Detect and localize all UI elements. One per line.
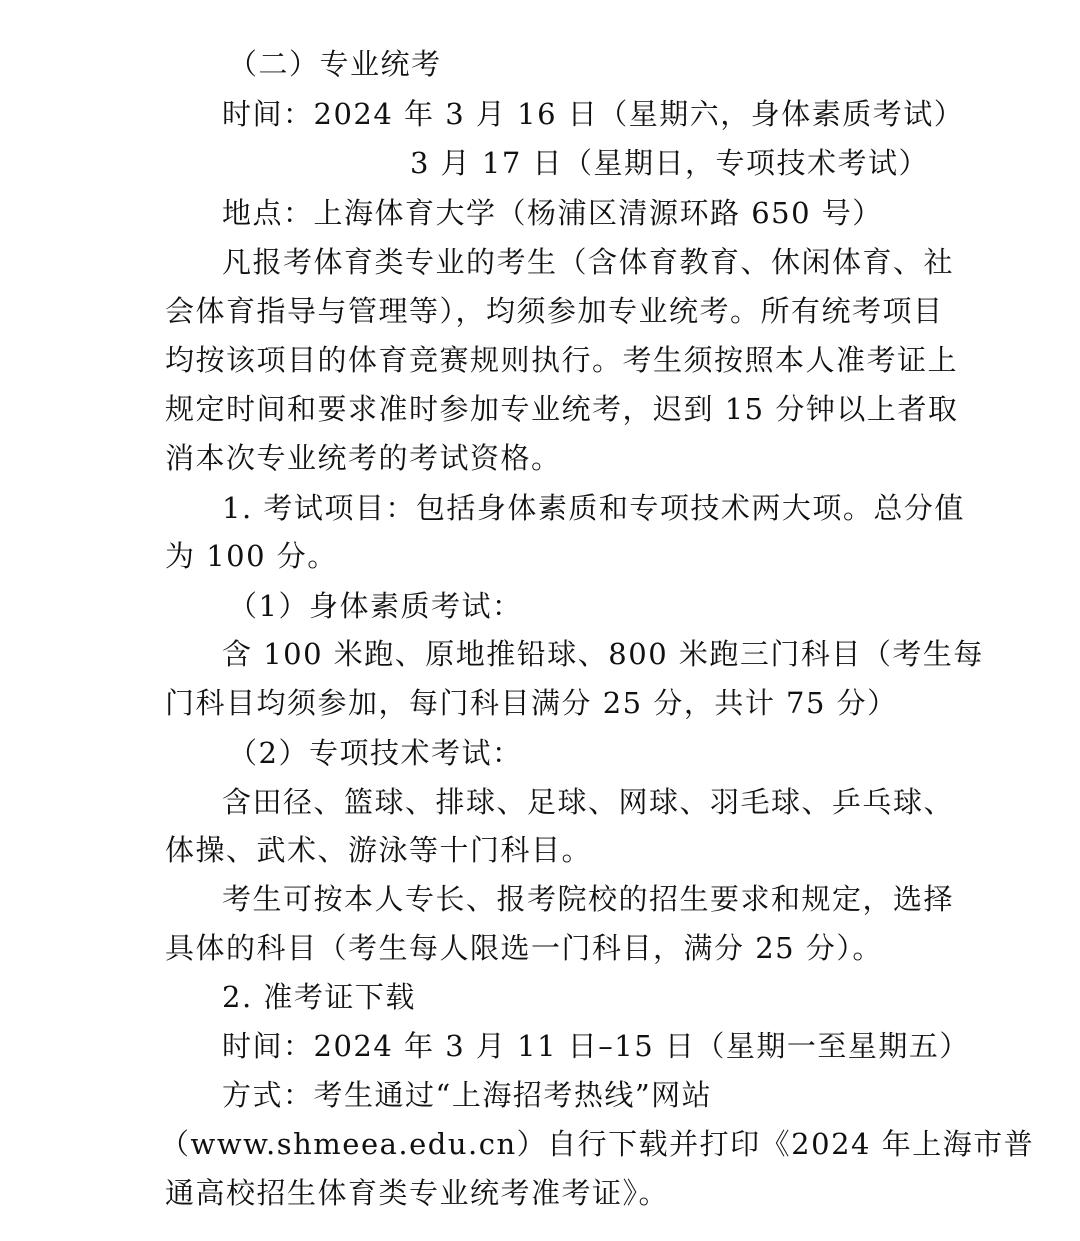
item2-heading: 2. 准考证下载: [222, 977, 982, 1017]
item2-method-line: 方式：考生通过“上海招考热线”网站: [222, 1075, 982, 1115]
intro-paragraph-line: 消本次专业统考的考试资格。: [165, 438, 925, 478]
intro-paragraph-line: 均按该项目的体育竞赛规则执行。考生须按照本人准考证上: [165, 340, 925, 380]
section-heading: （二）专业统考: [228, 44, 988, 84]
exam-location: 地点：上海体育大学（杨浦区清源环路 650 号）: [222, 193, 982, 233]
sub2-line: 体操、武术、游泳等十门科目。: [165, 830, 925, 870]
item2-method-url-line: （www.shmeea.edu.cn）自行下载并打印《2024 年上海市普: [160, 1124, 920, 1164]
item1-heading-cont: 为 100 分。: [165, 536, 925, 576]
sub1-line: 门科目均须参加，每门科目满分 25 分，共计 75 分）: [165, 683, 925, 723]
sub1-line: 含 100 米跑、原地推铅球、800 米跑三门科目（考生每: [222, 634, 982, 674]
document-page: （二）专业统考 时间：2024 年 3 月 16 日（星期六，身体素质考试） 3…: [0, 0, 1080, 1241]
exam-time-line-2: 3 月 17 日（星期日，专项技术考试）: [410, 143, 1080, 183]
exam-time-line-1: 时间：2024 年 3 月 16 日（星期六，身体素质考试）: [222, 94, 982, 134]
sub2-note-line: 具体的科目（考生每人限选一门科目，满分 25 分）。: [165, 928, 925, 968]
intro-paragraph-line: 凡报考体育类专业的考生（含体育教育、休闲体育、社: [222, 242, 982, 282]
sub2-note-line: 考生可按本人专长、报考院校的招生要求和规定，选择: [222, 879, 982, 919]
intro-paragraph-line: 会体育指导与管理等），均须参加专业统考。所有统考项目: [165, 291, 925, 331]
intro-paragraph-line: 规定时间和要求准时参加专业统考，迟到 15 分钟以上者取: [165, 389, 925, 429]
item2-method-line: 通高校招生体育类专业统考准考证》。: [165, 1173, 925, 1213]
item1-heading: 1. 考试项目：包括身体素质和专项技术两大项。总分值: [222, 488, 982, 528]
sub2-line: 含田径、篮球、排球、足球、网球、羽毛球、乒乓球、: [222, 782, 982, 822]
sub1-heading: （1）身体素质考试：: [228, 586, 988, 626]
sub2-heading: （2）专项技术考试：: [228, 733, 988, 773]
item2-time: 时间：2024 年 3 月 11 日–15 日（星期一至星期五）: [222, 1026, 982, 1066]
